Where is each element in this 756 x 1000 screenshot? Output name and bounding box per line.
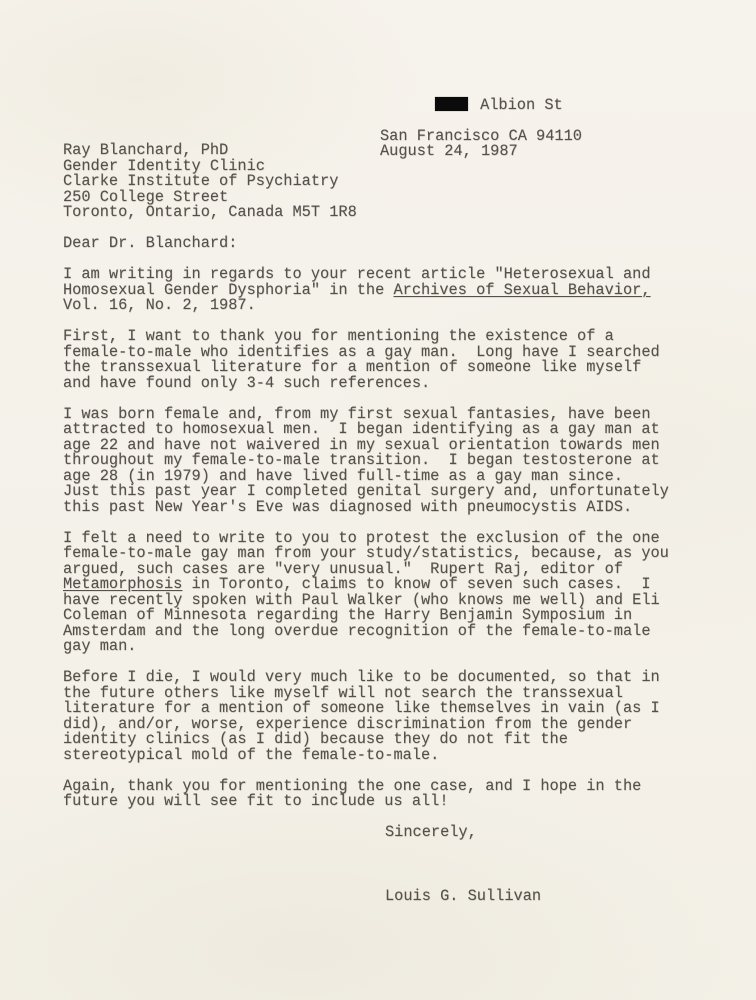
letter-body: Dear Dr. Blanchard: I am writing in rega… [63, 236, 713, 904]
letter-line: future you will see fit to include us al… [63, 794, 713, 810]
paragraph: Before I die, I would very much like to … [63, 670, 713, 763]
sender-street-line: Albion St [380, 81, 582, 129]
letter-line: Toronto, Ontario, Canada M5T 1R8 [63, 205, 357, 221]
letter-line: Amsterdam and the long overdue recogniti… [63, 624, 713, 640]
paragraph: I was born female and, from my first sex… [63, 407, 713, 516]
sender-street: Albion St [480, 96, 563, 114]
paragraph: Again, thank you for mentioning the one … [63, 779, 713, 810]
letter-line: stereotypical mold of the female-to-male… [63, 748, 713, 764]
signature-name: Louis G. Sullivan [63, 889, 713, 905]
letter-line: and have found only 3-4 such references. [63, 376, 713, 392]
redaction-box [435, 97, 468, 111]
body-paragraphs: I am writing in regards to your recent a… [63, 267, 713, 810]
closing: Sincerely, [63, 825, 713, 841]
sender-block: Albion St San Francisco CA 94110 August … [380, 81, 582, 160]
salutation: Dear Dr. Blanchard: [63, 236, 713, 252]
paragraph: First, I want to thank you for mentionin… [63, 329, 713, 391]
paragraph: I felt a need to write to you to protest… [63, 531, 713, 655]
recipient-block: Ray Blanchard, PhDGender Identity Clinic… [63, 143, 357, 221]
paragraph: I am writing in regards to your recent a… [63, 267, 713, 314]
letter-date: August 24, 1987 [380, 144, 582, 160]
letter-line: Vol. 16, No. 2, 1987. [63, 298, 713, 314]
letter-line: this past New Year's Eve was diagnosed w… [63, 500, 713, 516]
letter-line: gay man. [63, 639, 713, 655]
letter-page: Albion St San Francisco CA 94110 August … [0, 0, 756, 1000]
